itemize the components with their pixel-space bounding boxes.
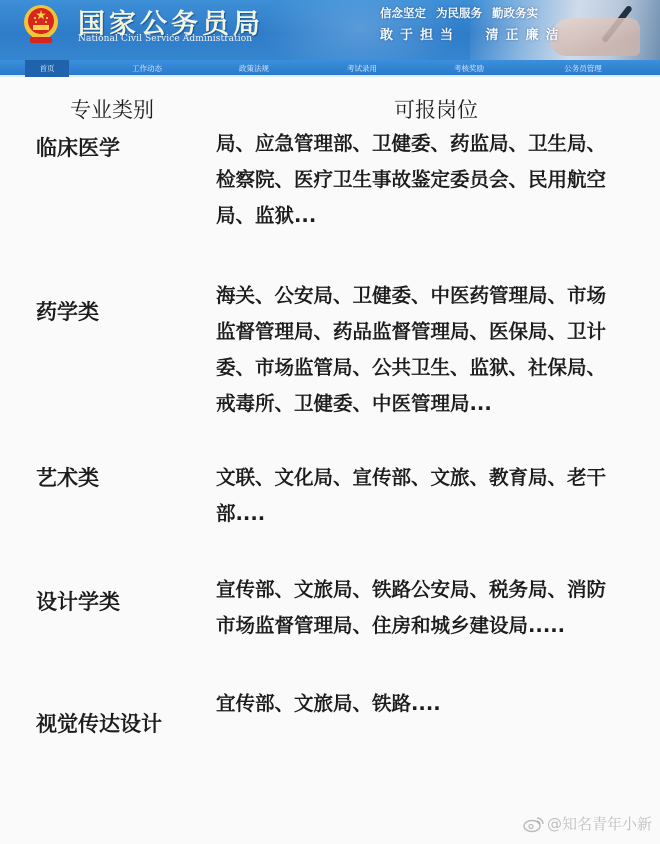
positions-line: 监督管理局、药品监督管理局、医保局、卫计 <box>216 314 656 350</box>
category-clinical-medicine: 临床医学 <box>36 132 120 162</box>
slogan-phrase: 清正廉洁 <box>486 28 566 43</box>
positions-arts: 文联、文化局、宣传部、文旅、教育局、老干 部.... <box>216 460 656 532</box>
nav-item-work-news[interactable]: 工作动态 <box>118 60 176 77</box>
category-design: 设计学类 <box>36 586 120 616</box>
nav-item-home[interactable]: 首页 <box>25 60 69 77</box>
slogan-line-1: 信念坚定 为民服务 勤政务实 <box>380 5 544 21</box>
category-pharmacy: 药学类 <box>36 296 99 326</box>
weibo-icon <box>523 815 545 833</box>
national-emblem-icon <box>22 4 60 46</box>
category-arts: 艺术类 <box>36 462 99 492</box>
positions-line: 市场监督管理局、住房和城乡建设局..... <box>216 608 656 644</box>
slogan-phrase: 敢于担当 <box>380 28 460 43</box>
column-header-category: 专业类别 <box>70 94 154 124</box>
main-nav: 首页 工作动态 政策法规 考试录用 考核奖励 公务员管理 <box>0 60 660 77</box>
positions-line: 宜传部、文旅局、铁路.... <box>216 686 656 722</box>
positions-line: 海关、公安局、卫健委、中医药管理局、市场 <box>216 278 656 314</box>
nav-item-policies[interactable]: 政策法规 <box>225 60 283 77</box>
positions-pharmacy: 海关、公安局、卫健委、中医药管理局、市场 监督管理局、药品监督管理局、医保局、卫… <box>216 278 656 422</box>
positions-line: 委、市场监管局、公共卫生、监狱、社保局、 <box>216 350 656 386</box>
positions-line: 局、监狱... <box>216 198 656 234</box>
positions-line: 检察院、医疗卫生事故鉴定委员会、民用航空 <box>216 162 656 198</box>
site-header-banner: 国家公务员局 National Civil Service Administra… <box>0 0 660 60</box>
positions-line: 部.... <box>216 496 656 532</box>
positions-visual-communication-design: 宜传部、文旅局、铁路.... <box>216 686 656 722</box>
slogan-phrase: 为民服务 <box>436 6 482 20</box>
positions-line: 文联、文化局、宣传部、文旅、教育局、老干 <box>216 460 656 496</box>
positions-line: 局、应急管理部、卫健委、药监局、卫生局、 <box>216 126 656 162</box>
positions-line: 戒毒所、卫健委、中医管理局... <box>216 386 656 422</box>
site-subtitle: National Civil Service Administration <box>78 34 252 44</box>
watermark-text: @知名青年小新 <box>547 813 652 834</box>
nav-item-exam-recruitment[interactable]: 考试录用 <box>333 60 391 77</box>
category-visual-communication-design: 视觉传达设计 <box>36 708 162 738</box>
column-header-positions: 可报岗位 <box>394 94 478 124</box>
nav-item-assessment-rewards[interactable]: 考核奖励 <box>440 60 498 77</box>
weibo-watermark: @知名青年小新 <box>523 813 652 834</box>
positions-line: 宣传部、文旅局、铁路公安局、税务局、消防 <box>216 572 656 608</box>
slogan-phrase: 信念坚定 <box>380 6 426 20</box>
positions-clinical-medicine: 局、应急管理部、卫健委、药监局、卫生局、 检察院、医疗卫生事故鉴定委员会、民用航… <box>216 126 656 234</box>
slogan-line-2: 敢于担当 清正廉洁 <box>380 24 580 43</box>
slogan-phrase: 勤政务实 <box>492 6 538 20</box>
positions-design: 宣传部、文旅局、铁路公安局、税务局、消防 市场监督管理局、住房和城乡建设局...… <box>216 572 656 644</box>
nav-item-civil-servant-management[interactable]: 公务员管理 <box>548 60 618 77</box>
